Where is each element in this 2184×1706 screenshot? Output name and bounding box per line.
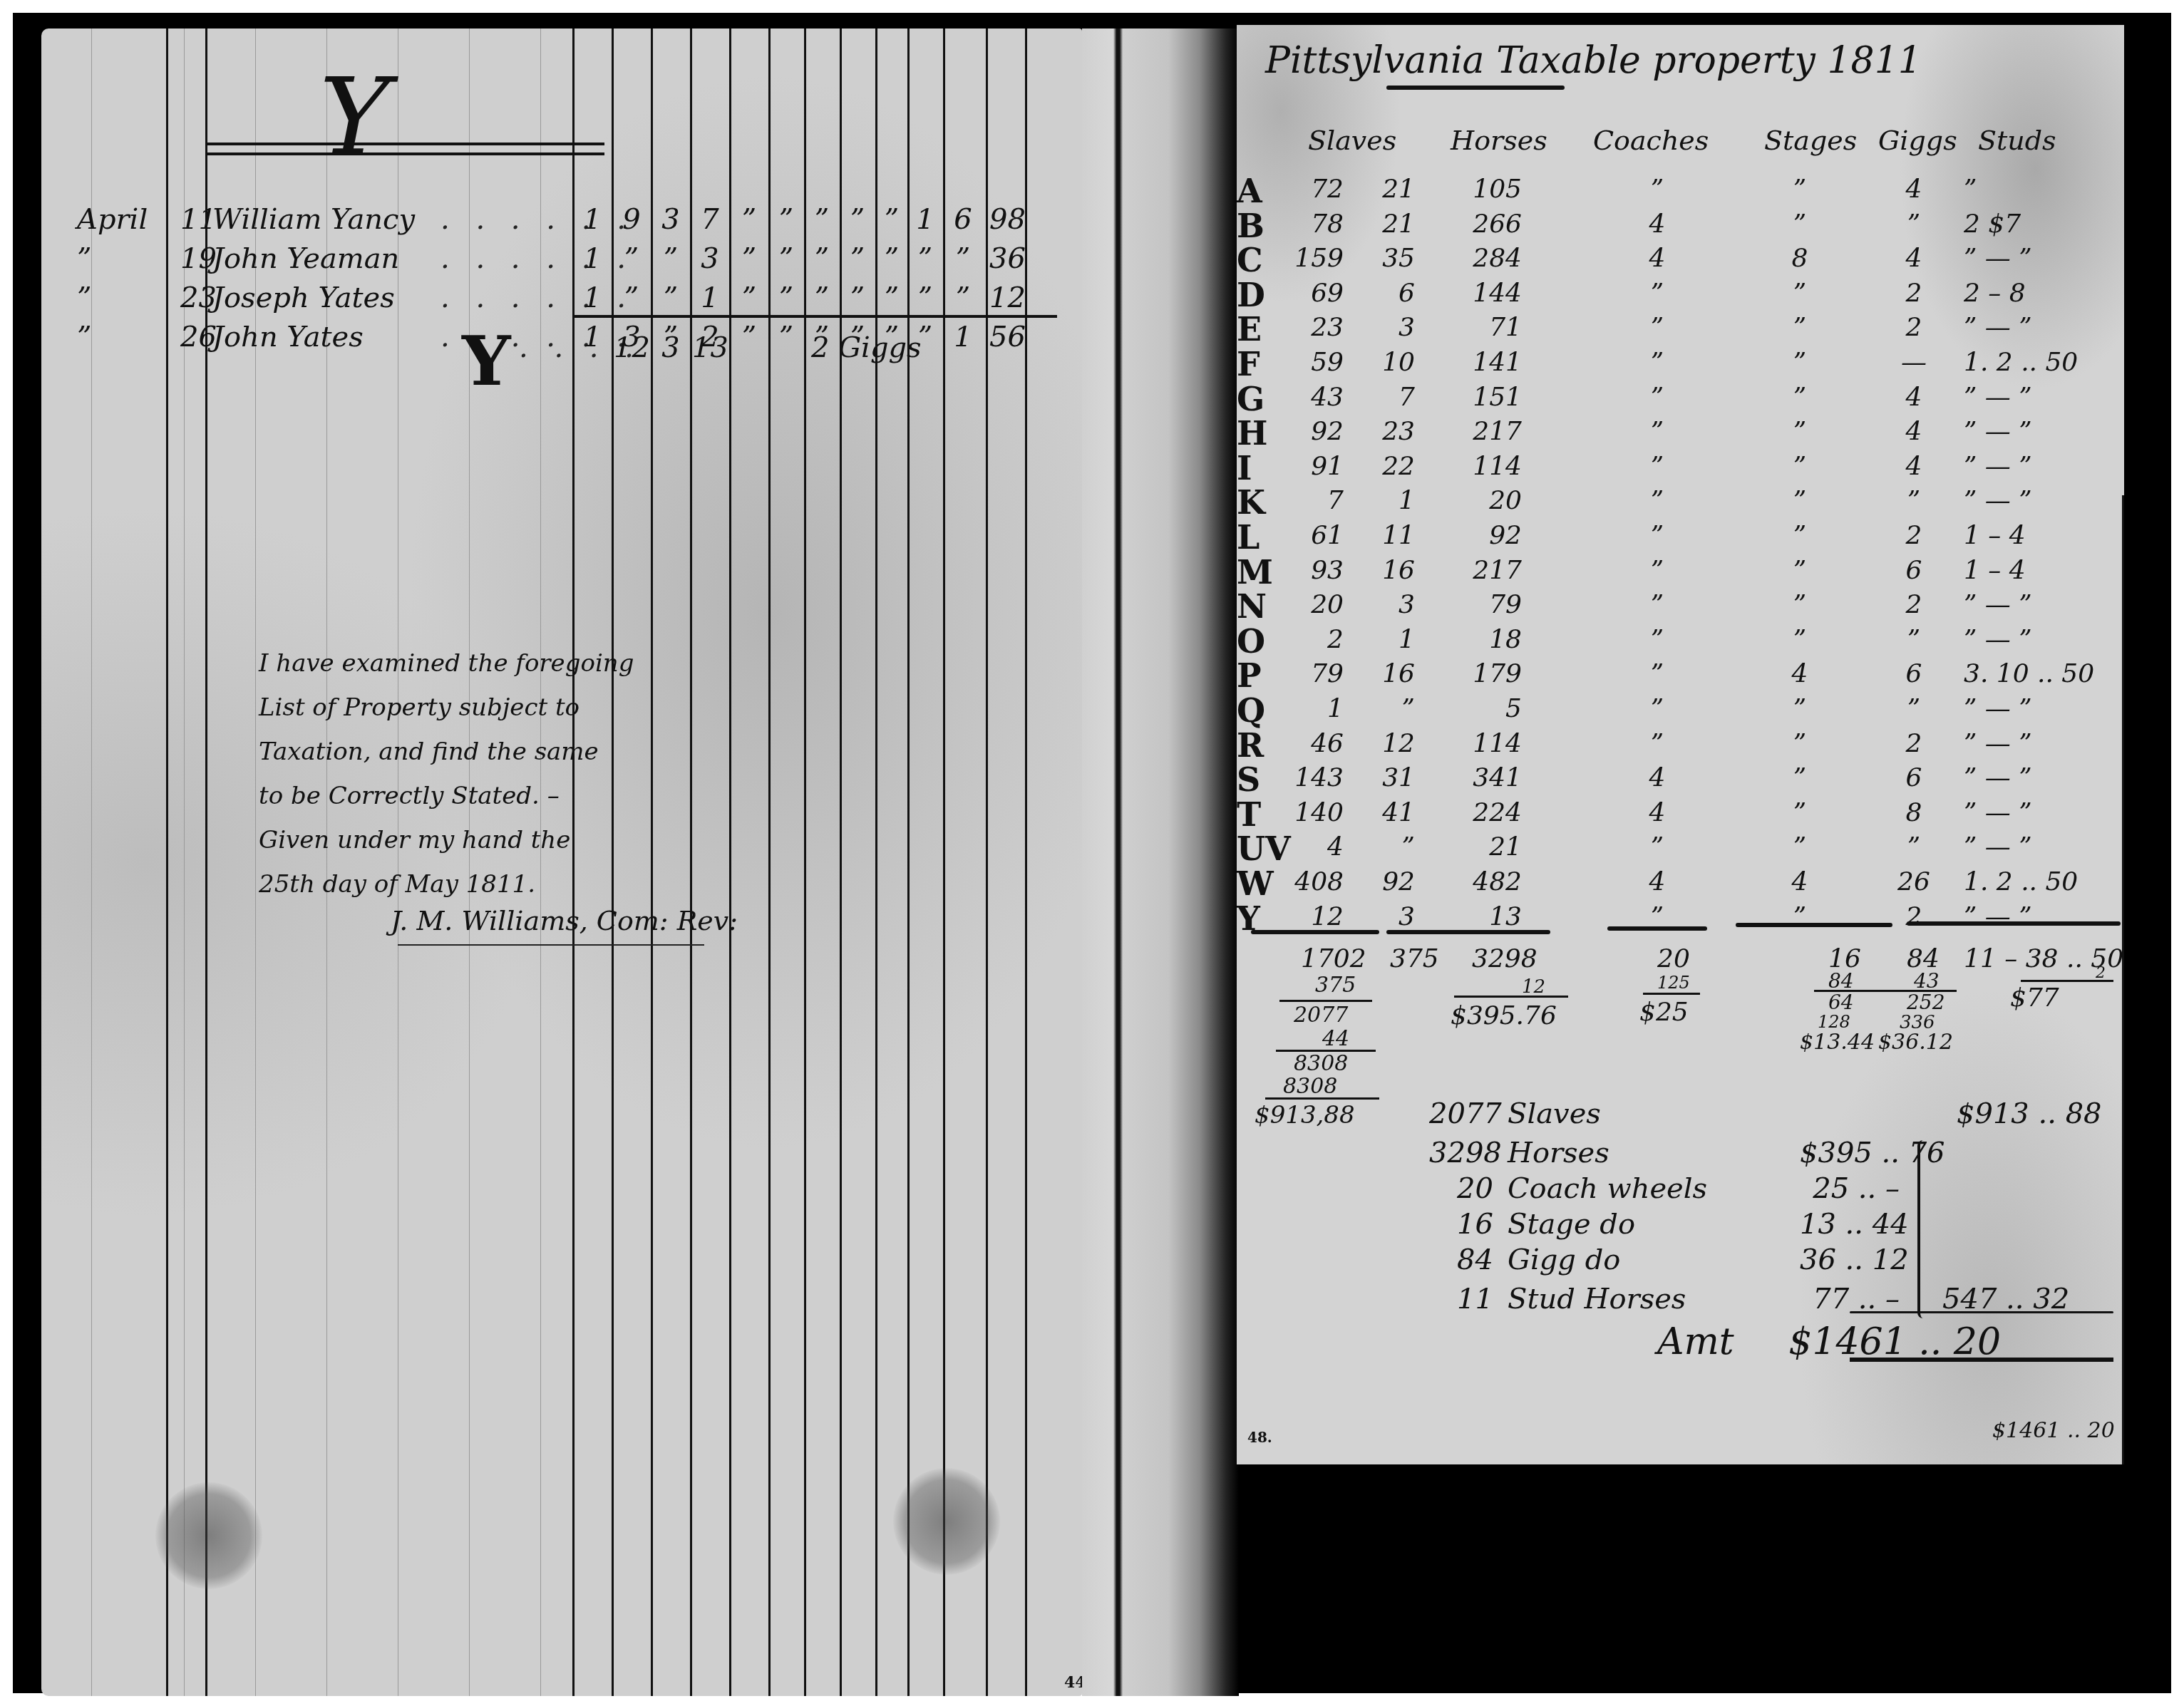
cert-line: to be Correctly Stated. – xyxy=(259,774,601,818)
cell-horses: 22 xyxy=(1358,452,1415,481)
row-letter: M xyxy=(1237,553,1273,591)
cell-studs: ” — ” xyxy=(1964,590,2106,619)
cell-giggs: 8 xyxy=(1892,798,1935,827)
cell-coaches: ” xyxy=(1636,659,1679,688)
cell-slaves: 59 xyxy=(1287,348,1344,377)
cell-stages: ” xyxy=(1778,417,1821,446)
cell-studs: 2 – 8 xyxy=(1964,279,2106,308)
book-spine-gutter xyxy=(1082,29,1239,1696)
amount-underline xyxy=(1850,1358,2113,1362)
cell-coaches: 4 xyxy=(1636,867,1679,896)
cell-slaves: 7 xyxy=(1287,486,1344,515)
row-letter: P xyxy=(1237,656,1262,695)
cell-giggs: 4 xyxy=(1892,383,1935,412)
row-letter: K xyxy=(1237,483,1265,522)
cell-horses: 3 xyxy=(1358,590,1415,619)
summary-label: Horses xyxy=(1508,1137,1609,1169)
cell-stages: ” xyxy=(1778,729,1821,758)
calc-rule xyxy=(1279,1000,1372,1002)
cell-horse-value: 179 xyxy=(1451,659,1522,688)
summary-label: Slaves xyxy=(1508,1097,1601,1130)
entry-cell: ” xyxy=(804,203,840,236)
cell-slaves: 140 xyxy=(1287,798,1344,827)
cell-stages: ” xyxy=(1778,452,1821,481)
cell-stages: ” xyxy=(1778,521,1821,550)
cell-giggs: ” xyxy=(1892,694,1935,723)
totals-rule xyxy=(572,315,1057,318)
cell-coaches: ” xyxy=(1636,832,1679,862)
cell-slaves: 91 xyxy=(1287,452,1344,481)
cell-giggs: 4 xyxy=(1892,244,1935,273)
ledger-entry-row: April 11 William Yancy . . . . . . 1 9 3… xyxy=(41,203,1082,243)
calc-rule xyxy=(1643,993,1700,995)
cell-horse-value: 144 xyxy=(1451,279,1522,308)
row-letter: C xyxy=(1237,241,1263,279)
cell-studs: ” — ” xyxy=(1964,763,2106,792)
cell-coaches: ” xyxy=(1636,694,1679,723)
cell-coaches: ” xyxy=(1636,175,1679,204)
cell-giggs: ” xyxy=(1892,625,1935,654)
entry-month: ” xyxy=(77,242,91,275)
calc-value: 125 xyxy=(1657,973,1690,993)
cell-horses: 21 xyxy=(1358,175,1415,204)
entry-name: John Yeaman xyxy=(212,242,399,275)
totals-rule xyxy=(1607,926,1707,931)
cell-studs: ” — ” xyxy=(1964,902,2106,931)
row-letter: I xyxy=(1237,449,1252,487)
cell-horses: 21 xyxy=(1358,210,1415,239)
cell-giggs: 6 xyxy=(1892,556,1935,585)
cell-giggs: — xyxy=(1892,348,1935,377)
cell-coaches: ” xyxy=(1636,279,1679,308)
totals-rule xyxy=(1736,923,1892,927)
entry-cell: 1 xyxy=(575,203,610,236)
calc-stages-amount: $13.44 xyxy=(1800,1030,1875,1055)
cell-horse-value: 79 xyxy=(1451,590,1522,619)
totals-rule xyxy=(1907,921,2121,926)
cell-slaves: 92 xyxy=(1287,417,1344,446)
cert-line: List of Property subject to xyxy=(259,686,601,730)
tax-table-row: T140412244”8” — ” xyxy=(1237,798,2124,831)
entry-cell: ” xyxy=(804,242,840,275)
entry-cell: ” xyxy=(768,281,804,314)
tax-table-row: P7916179”463. 10 .. 50 xyxy=(1237,659,2124,692)
entry-cell: ” xyxy=(907,281,943,314)
cell-slaves: 159 xyxy=(1287,244,1344,273)
row-letter: D xyxy=(1237,276,1265,314)
cell-studs: ” — ” xyxy=(1964,694,2106,723)
cell-stages: ” xyxy=(1778,348,1821,377)
entry-cell: 7 xyxy=(692,203,728,236)
entry-cell: ” xyxy=(614,281,649,314)
total-giggs: 2 Giggs xyxy=(811,331,922,364)
cell-horse-value: 224 xyxy=(1451,798,1522,827)
calc-value: 64 xyxy=(1828,991,1854,1014)
entry-month: ” xyxy=(77,281,91,314)
entry-cell: 12 xyxy=(989,281,1025,314)
entry-cell: ” xyxy=(840,203,875,236)
cell-horses: 6 xyxy=(1358,279,1415,308)
cell-horse-value: 341 xyxy=(1451,763,1522,792)
cell-stages: ” xyxy=(1778,832,1821,862)
summary-label: Stage do xyxy=(1508,1208,1635,1241)
commissioner-signature: J. M. Williams, Com: Rev: xyxy=(391,905,738,936)
cell-horses: ” xyxy=(1358,694,1415,723)
tax-table-row: M9316217””61 – 4 xyxy=(1237,556,2124,589)
row-letter: W xyxy=(1237,864,1274,903)
calc-value: 2077 xyxy=(1294,1003,1348,1028)
summary-row: 16 Stage do 13 .. 44 xyxy=(1429,1208,2113,1246)
totals-rule xyxy=(1386,930,1550,934)
cell-slaves: 79 xyxy=(1287,659,1344,688)
cell-studs: ” — ” xyxy=(1964,313,2106,342)
cell-stages: ” xyxy=(1778,175,1821,204)
cell-giggs: ” xyxy=(1892,832,1935,862)
entry-cell: ” xyxy=(945,281,981,314)
cell-slaves: 61 xyxy=(1287,521,1344,550)
cell-horse-value: 151 xyxy=(1451,383,1522,412)
cell-giggs: 4 xyxy=(1892,452,1935,481)
cell-slaves: 72 xyxy=(1287,175,1344,204)
summary-row: 84 Gigg do 36 .. 12 xyxy=(1429,1244,2113,1282)
column-header-slaves: Slaves xyxy=(1308,125,1396,156)
tax-table-row: A7221105””4” xyxy=(1237,175,2124,207)
cell-stages: ” xyxy=(1778,279,1821,308)
cell-giggs: ” xyxy=(1892,210,1935,239)
cell-horse-value: 18 xyxy=(1451,625,1522,654)
cell-horses: 1 xyxy=(1358,625,1415,654)
amount-label: Amt xyxy=(1657,1320,1734,1363)
cert-line: Given under my hand the xyxy=(259,818,601,862)
cell-studs: ” — ” xyxy=(1964,832,2106,862)
row-letter: H xyxy=(1237,414,1267,453)
cell-giggs: 2 xyxy=(1892,521,1935,550)
cert-line: Taxation, and find the same xyxy=(259,730,601,774)
total-coaches: 20 xyxy=(1657,944,1690,973)
calc-value: 375 xyxy=(1315,973,1356,998)
entry-cell: 98 xyxy=(989,203,1025,236)
cell-horse-value: 266 xyxy=(1451,210,1522,239)
cell-horses: 16 xyxy=(1358,556,1415,585)
cell-giggs: 2 xyxy=(1892,902,1935,931)
summary-qty: 3298 xyxy=(1429,1137,1493,1169)
ledger-entry-row: ” 19 John Yeaman . . . . . . 1 ” ” 3 ” ”… xyxy=(41,242,1082,282)
amount-overline xyxy=(1850,1311,2113,1313)
summary-qty: 2077 xyxy=(1429,1097,1493,1130)
calc-value: 128 xyxy=(1818,1012,1850,1032)
summary-label: Stud Horses xyxy=(1508,1283,1686,1315)
cell-horses: 31 xyxy=(1358,763,1415,792)
entry-cell: ” xyxy=(804,281,840,314)
cell-stages: ” xyxy=(1778,313,1821,342)
column-header-stages: Stages xyxy=(1764,125,1857,156)
cell-coaches: ” xyxy=(1636,625,1679,654)
cell-coaches: ” xyxy=(1636,729,1679,758)
cell-studs: ” — ” xyxy=(1964,798,2106,827)
summary-qty: 20 xyxy=(1429,1172,1493,1205)
cell-studs: ” — ” xyxy=(1964,452,2106,481)
entry-cell: 3 xyxy=(692,242,728,275)
summary-label: Gigg do xyxy=(1508,1244,1620,1276)
cell-coaches: ” xyxy=(1636,521,1679,550)
cell-studs: ” — ” xyxy=(1964,486,2106,515)
row-letter: L xyxy=(1237,518,1260,557)
cell-giggs: 2 xyxy=(1892,729,1935,758)
entry-cell: ” xyxy=(731,203,767,236)
totals-row: . . . . 12 3 13 2 Giggs xyxy=(41,331,1082,371)
summary-qty: 11 xyxy=(1429,1283,1493,1315)
cell-stages: ” xyxy=(1778,210,1821,239)
entry-cell: ” xyxy=(840,242,875,275)
cell-studs: ” — ” xyxy=(1964,383,2106,412)
tax-table-row: O2118”””” — ” xyxy=(1237,625,2124,658)
row-letter: B xyxy=(1237,207,1264,245)
entry-cell: 1 xyxy=(907,203,943,236)
summary-value: 13 .. 44 xyxy=(1800,1208,1900,1241)
cell-studs: ” — ” xyxy=(1964,625,2106,654)
cell-stages: ” xyxy=(1778,625,1821,654)
cell-horses: 1 xyxy=(1358,486,1415,515)
cell-horses: 92 xyxy=(1358,867,1415,896)
cell-horses: 16 xyxy=(1358,659,1415,688)
cell-studs: 1. 2 .. 50 xyxy=(1964,867,2106,896)
cell-coaches: ” xyxy=(1636,452,1679,481)
tax-table-row: B78212664””2 $7 xyxy=(1237,210,2124,242)
row-letter: S xyxy=(1237,760,1260,799)
cell-giggs: 6 xyxy=(1892,659,1935,688)
tax-table-row: G437151””4” — ” xyxy=(1237,383,2124,415)
tax-table-row: D696144””22 – 8 xyxy=(1237,279,2124,311)
cell-horse-value: 217 xyxy=(1451,556,1522,585)
cell-stages: ” xyxy=(1778,556,1821,585)
cell-giggs: ” xyxy=(1892,486,1935,515)
entry-day: 19 xyxy=(180,242,217,275)
cell-coaches: ” xyxy=(1636,348,1679,377)
cell-horses: 3 xyxy=(1358,313,1415,342)
summary-label: Coach wheels xyxy=(1508,1172,1707,1205)
page-number: 48. xyxy=(1247,1429,1272,1446)
cell-coaches: 4 xyxy=(1636,210,1679,239)
cell-coaches: ” xyxy=(1636,417,1679,446)
summary-qty: 16 xyxy=(1429,1208,1493,1241)
cell-horse-value: 114 xyxy=(1451,452,1522,481)
cell-horses: ” xyxy=(1358,832,1415,862)
cell-studs: 1. 2 .. 50 xyxy=(1964,348,2106,377)
cell-slaves: 408 xyxy=(1287,867,1344,896)
calc-rule xyxy=(1454,996,1568,998)
cell-coaches: ” xyxy=(1636,313,1679,342)
certification-statement: I have examined the foregoing List of Pr… xyxy=(259,641,601,906)
cell-slaves: 78 xyxy=(1287,210,1344,239)
cell-coaches: 4 xyxy=(1636,244,1679,273)
tax-table-row: N20379””2” — ” xyxy=(1237,590,2124,623)
tax-table-row: Q1”5”””” — ” xyxy=(1237,694,2124,727)
calc-value: 12 xyxy=(1522,976,1545,998)
total-horse-value: 3298 xyxy=(1472,944,1537,973)
cell-stages: ” xyxy=(1778,590,1821,619)
cell-giggs: 2 xyxy=(1892,590,1935,619)
entry-cell: ” xyxy=(945,242,981,275)
row-letter: UV xyxy=(1237,829,1291,868)
tax-table-row: E23371””2” — ” xyxy=(1237,313,2124,346)
cell-studs: ” xyxy=(1964,175,2106,204)
cell-studs: ” — ” xyxy=(1964,417,2106,446)
cell-giggs: 6 xyxy=(1892,763,1935,792)
tax-table-row: I9122114””4” — ” xyxy=(1237,452,2124,485)
entry-name: Joseph Yates xyxy=(212,281,395,314)
cell-giggs: 4 xyxy=(1892,417,1935,446)
cell-horse-value: 13 xyxy=(1451,902,1522,931)
calc-giggs-amount: $36.12 xyxy=(1878,1030,1953,1055)
ink-seal-stain xyxy=(155,1482,262,1589)
cell-slaves: 143 xyxy=(1287,763,1344,792)
row-letter: O xyxy=(1237,622,1265,661)
cell-stages: 4 xyxy=(1778,867,1821,896)
cell-slaves: 20 xyxy=(1287,590,1344,619)
tax-table-row: W4089248244261. 2 .. 50 xyxy=(1237,867,2124,900)
cell-coaches: ” xyxy=(1636,556,1679,585)
cell-horses: 35 xyxy=(1358,244,1415,273)
cell-horse-value: 284 xyxy=(1451,244,1522,273)
entry-cell: ” xyxy=(731,242,767,275)
summary-brace xyxy=(1917,1140,1929,1318)
summary-row: 20 Coach wheels 25 .. – xyxy=(1429,1172,2113,1211)
row-letter: G xyxy=(1237,380,1264,418)
summary-total: $913 .. 88 xyxy=(1957,1097,2102,1130)
right-ledger-page: Pittsylvania Taxable property 1811 Slave… xyxy=(1237,25,2124,1464)
entry-cell: ” xyxy=(653,242,689,275)
entry-cell: ” xyxy=(840,281,875,314)
cell-studs: 1 – 4 xyxy=(1964,521,2106,550)
cell-horse-value: 217 xyxy=(1451,417,1522,446)
page-edge-rule xyxy=(2122,495,2124,1464)
cell-slaves: 23 xyxy=(1287,313,1344,342)
summary-row: 3298 Horses $395 .. 76 xyxy=(1429,1137,2113,1175)
cell-horse-value: 105 xyxy=(1451,175,1522,204)
calc-value: 8308 xyxy=(1294,1051,1348,1076)
summary-value: 25 .. – xyxy=(1800,1172,1900,1205)
cell-studs: 2 $7 xyxy=(1964,210,2106,239)
cell-horse-value: 21 xyxy=(1451,832,1522,862)
cell-slaves: 93 xyxy=(1287,556,1344,585)
amount-total: $1461 .. 20 xyxy=(1788,1320,2001,1363)
calc-value: 8308 xyxy=(1283,1074,1337,1099)
left-ledger-page: Y April 11 William Yancy . . . . . . 1 9… xyxy=(41,29,1082,1696)
row-letter: T xyxy=(1237,795,1261,834)
entry-day: 23 xyxy=(180,281,217,314)
entry-cell: ” xyxy=(768,203,804,236)
entry-cell: ” xyxy=(874,281,910,314)
cell-coaches: ” xyxy=(1636,590,1679,619)
column-header-studs: Studs xyxy=(1978,125,2056,156)
column-header-giggs: Giggs xyxy=(1878,125,1957,156)
entry-cell: 3 xyxy=(653,203,689,236)
calc-slaves-amount: $913,88 xyxy=(1255,1101,1355,1129)
cell-studs: ” — ” xyxy=(1964,244,2106,273)
tax-table-row: F5910141””—1. 2 .. 50 xyxy=(1237,348,2124,381)
entry-cell: 6 xyxy=(945,203,981,236)
cell-stages: ” xyxy=(1778,798,1821,827)
total-cell: 3 xyxy=(653,331,689,364)
row-letter: N xyxy=(1237,587,1267,626)
amount-line: Amt $1461 .. 20 xyxy=(1657,1320,2001,1363)
tax-table-row: UV4”21”””” — ” xyxy=(1237,832,2124,865)
cell-slaves: 46 xyxy=(1287,729,1344,758)
total-horses: 375 xyxy=(1390,944,1439,973)
entry-cell: ” xyxy=(653,281,689,314)
cell-coaches: 4 xyxy=(1636,798,1679,827)
total-slaves: 1702 xyxy=(1301,944,1366,973)
cell-horse-value: 482 xyxy=(1451,867,1522,896)
cell-slaves: 1 xyxy=(1287,694,1344,723)
cell-giggs: 2 xyxy=(1892,313,1935,342)
entry-cell: ” xyxy=(614,242,649,275)
entry-cell: ” xyxy=(731,281,767,314)
summary-qty: 84 xyxy=(1429,1244,1493,1276)
entry-cell: ” xyxy=(874,203,910,236)
cell-stages: ” xyxy=(1778,383,1821,412)
cell-slaves: 2 xyxy=(1287,625,1344,654)
cell-giggs: 26 xyxy=(1892,867,1935,896)
cell-giggs: 4 xyxy=(1892,175,1935,204)
calc-value: 43 xyxy=(1914,969,1940,993)
cell-stages: ” xyxy=(1778,763,1821,792)
summary-value: $395 .. 76 xyxy=(1800,1137,1900,1169)
cell-stages: ” xyxy=(1778,486,1821,515)
tax-table-row: L611192””21 – 4 xyxy=(1237,521,2124,554)
entry-cell: ” xyxy=(907,242,943,275)
summary-row: 11 Stud Horses 77 .. – 547 .. 32 xyxy=(1429,1283,2113,1321)
cell-horse-value: 141 xyxy=(1451,348,1522,377)
row-letter: A xyxy=(1237,172,1262,210)
entry-day: 11 xyxy=(180,203,217,236)
page-title: Pittsylvania Taxable property 1811 xyxy=(1265,39,1922,82)
column-header-horses: Horses xyxy=(1451,125,1547,156)
cell-stages: 4 xyxy=(1778,659,1821,688)
cert-line: 25th day of May 1811. xyxy=(259,862,601,906)
cell-horses: 11 xyxy=(1358,521,1415,550)
cell-stages: ” xyxy=(1778,694,1821,723)
entry-cell: ” xyxy=(874,242,910,275)
cert-line: I have examined the foregoing xyxy=(259,641,601,686)
cell-horses: 41 xyxy=(1358,798,1415,827)
totals-rule xyxy=(1251,930,1379,934)
summary-value: 36 .. 12 xyxy=(1800,1244,1900,1276)
row-letter: R xyxy=(1237,726,1264,765)
cell-studs: ” — ” xyxy=(1964,729,2106,758)
footer-total: $1461 .. 20 xyxy=(1992,1418,2115,1443)
entry-cell: 36 xyxy=(989,242,1025,275)
entry-cell: 1 xyxy=(575,281,610,314)
total-cell: 12 xyxy=(614,331,649,364)
cell-giggs: 2 xyxy=(1892,279,1935,308)
entry-name: William Yancy xyxy=(212,203,415,236)
calc-coaches-amount: $25 xyxy=(1639,998,1689,1027)
cell-stages: 8 xyxy=(1778,244,1821,273)
cell-studs: 3. 10 .. 50 xyxy=(1964,659,2106,688)
tax-table-row: R4612114””2” — ” xyxy=(1237,729,2124,762)
calc-studs-amount: $77 xyxy=(2010,983,2059,1013)
cell-slaves: 12 xyxy=(1287,902,1344,931)
signature-flourish xyxy=(398,944,704,946)
cell-slaves: 43 xyxy=(1287,383,1344,412)
cell-horse-value: 20 xyxy=(1451,486,1522,515)
tax-table-row: C15935284484” — ” xyxy=(1237,244,2124,276)
cell-horses: 23 xyxy=(1358,417,1415,446)
summary-row: 2077 Slaves $913 .. 88 xyxy=(1429,1097,2113,1136)
entry-cell: 1 xyxy=(692,281,728,314)
cell-horse-value: 71 xyxy=(1451,313,1522,342)
